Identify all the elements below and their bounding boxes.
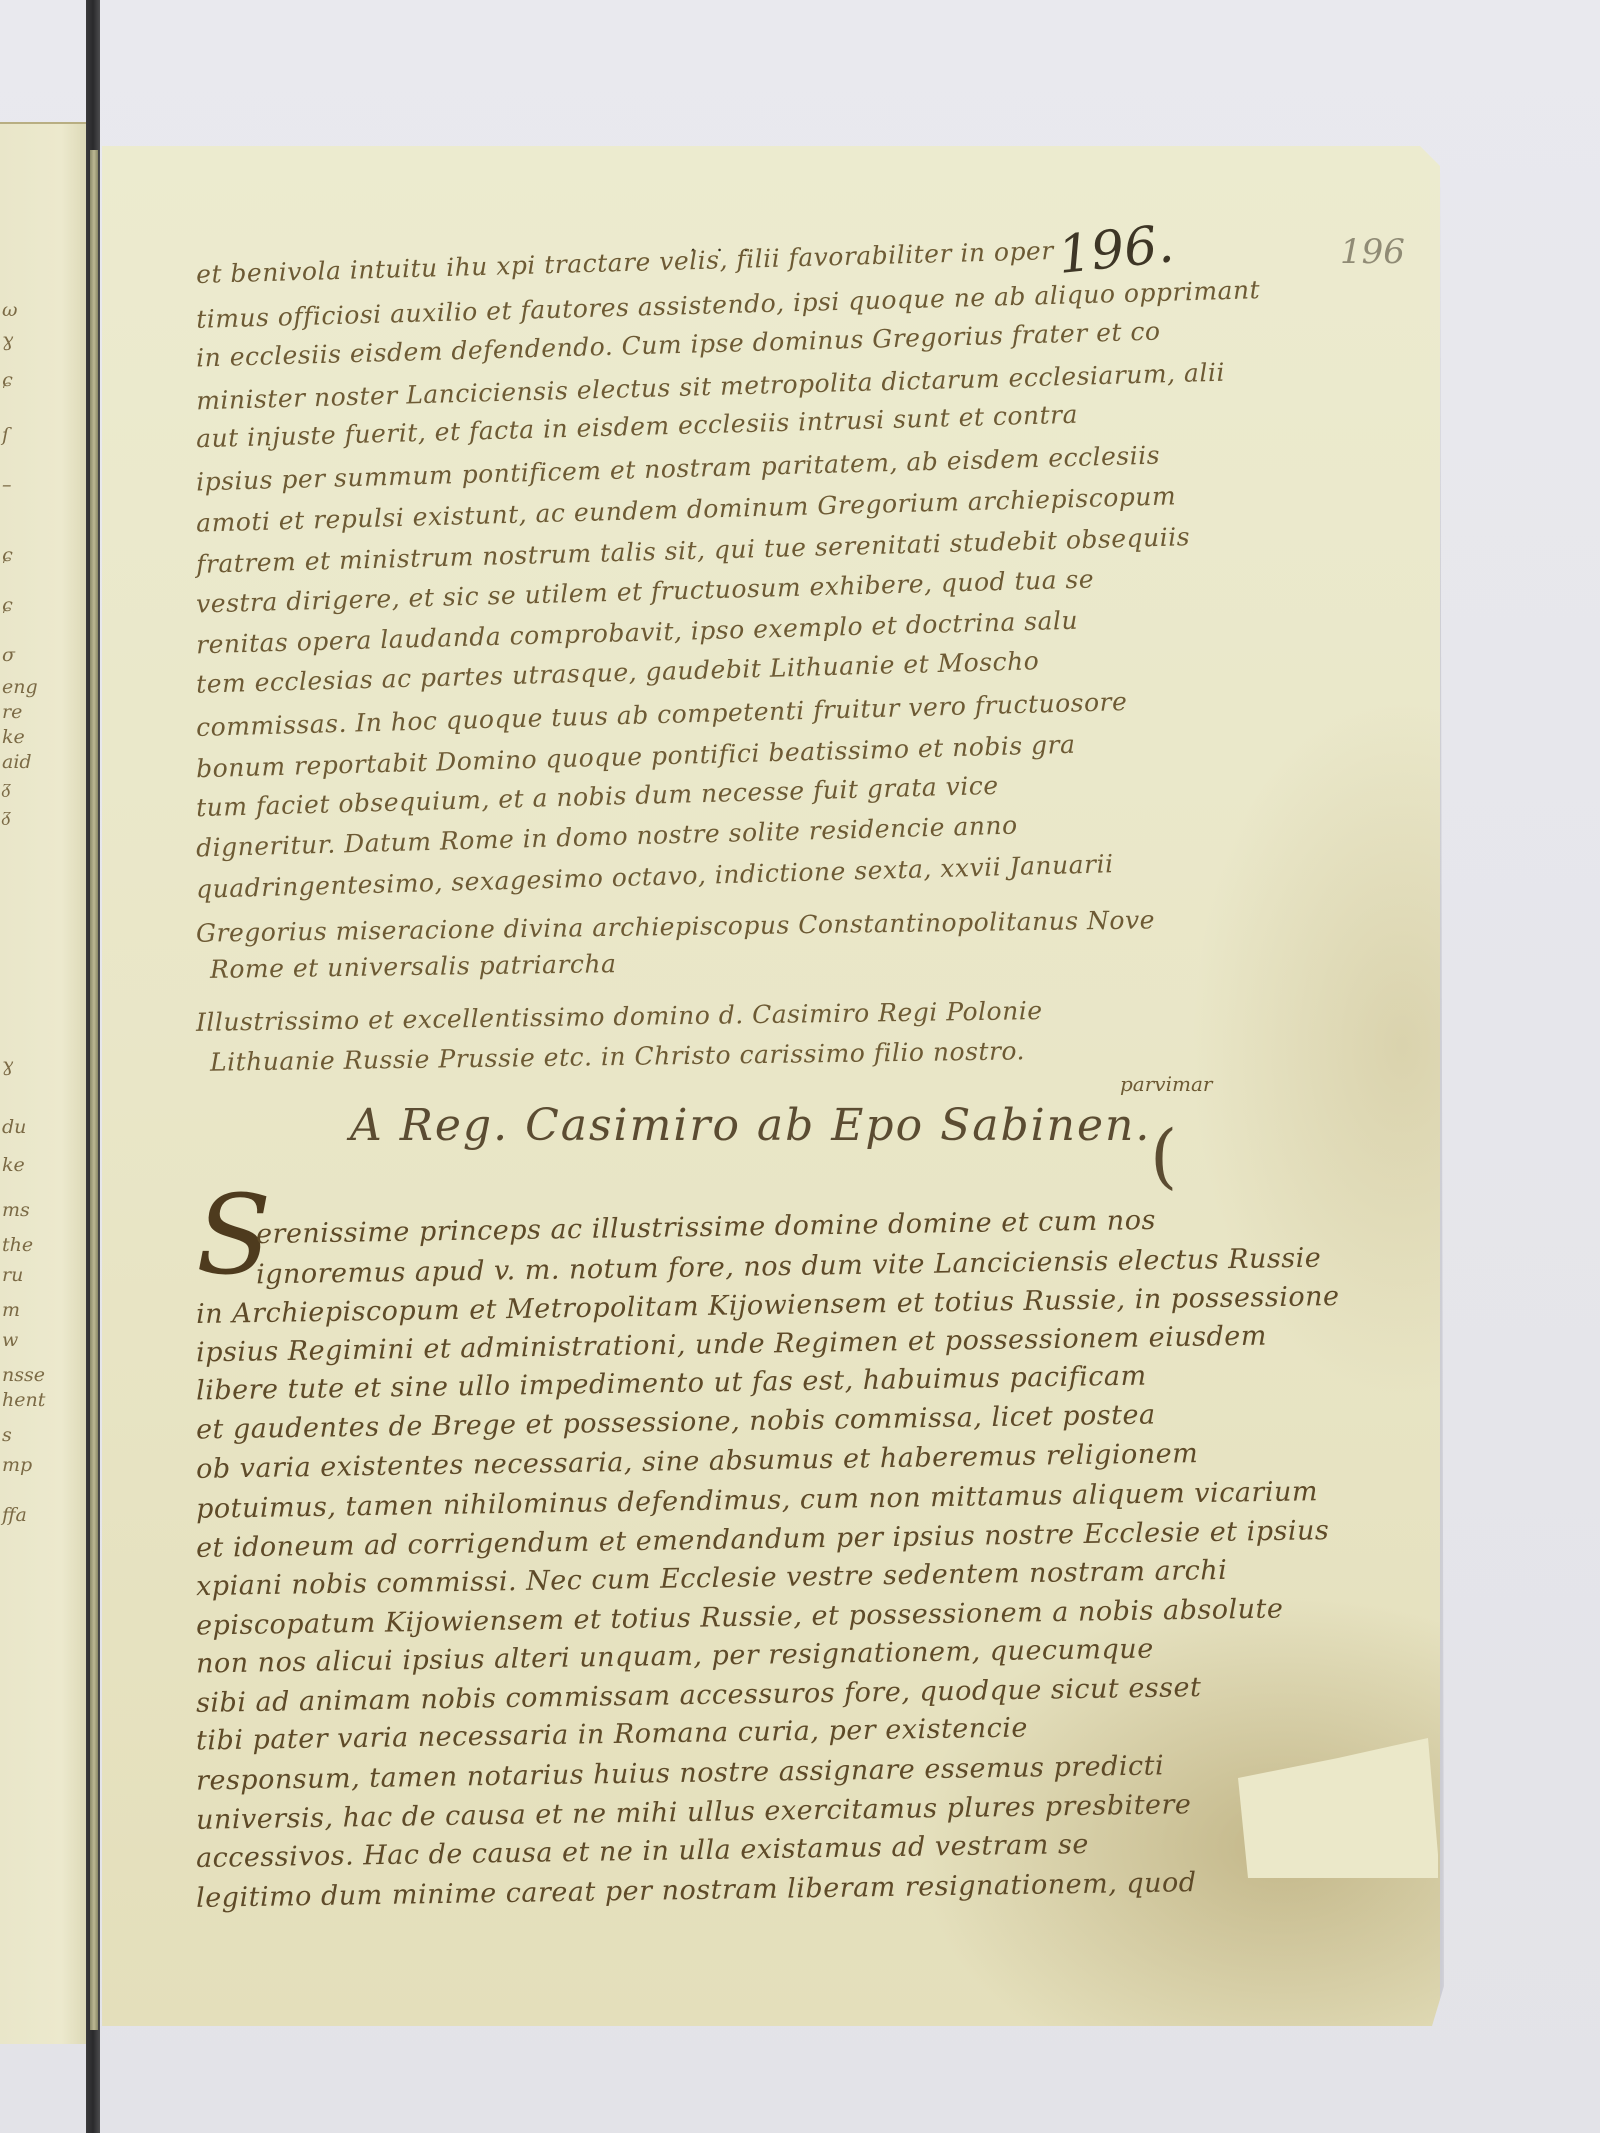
facing-page: ωɣɕſ–ɕɕσengrekeaidᵹᵹɣdukemstherumwnssehe… [0, 122, 88, 2044]
facing-page-fragment: hent [2, 1389, 45, 1411]
binding-gutter [90, 150, 98, 2030]
facing-page-fragment: ke [2, 1154, 25, 1176]
facing-page-fragment: ɕ [2, 544, 13, 566]
facing-page-fragment: ms [2, 1199, 30, 1221]
facing-page-margin-text: ωɣɕſ–ɕɕσengrekeaidᵹᵹɣdukemstherumwnssehe… [2, 124, 86, 2044]
facing-page-fragment: ɕ [2, 369, 13, 391]
facing-page-fragment: the [2, 1234, 33, 1256]
facing-page-fragment: re [2, 701, 22, 723]
facing-page-fragment: – [2, 474, 12, 496]
folio-number-pencil: 196 [1340, 232, 1405, 272]
facing-page-fragment: aid [2, 751, 32, 773]
facing-page-fragment: nsse [2, 1364, 45, 1386]
facing-page-fragment: eng [2, 676, 38, 698]
facing-page-fragment: m [2, 1299, 20, 1321]
margin-insert-note: parvimar [1120, 1072, 1212, 1096]
facing-page-fragment: ru [2, 1264, 23, 1286]
facing-page-fragment: ɣ [2, 1054, 13, 1076]
facing-page-fragment: ſ [2, 424, 9, 446]
bracket-mark: ( [1150, 1115, 1177, 1197]
facing-page-fragment: ᵹ [2, 804, 11, 827]
facing-page-fragment: σ [2, 644, 15, 666]
folio-number-ink: 196. [1055, 214, 1176, 286]
facing-page-fragment: mp [2, 1454, 32, 1476]
facing-page-fragment: ke [2, 726, 25, 748]
manuscript-line: Rome et universalis patriarcha [210, 949, 617, 984]
facing-page-fragment: s [2, 1424, 12, 1446]
facing-page-fragment: du [2, 1116, 26, 1138]
facing-page-fragment: ɣ [2, 329, 13, 351]
facing-page-fragment: ᵹ [2, 776, 11, 799]
facing-page-fragment: ω [2, 299, 18, 321]
facing-page-fragment: w [2, 1329, 18, 1351]
facing-page-fragment: ffa [2, 1504, 27, 1526]
letter-heading: A Reg. Casimiro ab Epo Sabinen. [350, 1100, 1151, 1151]
facing-page-fragment: ɕ [2, 594, 13, 616]
